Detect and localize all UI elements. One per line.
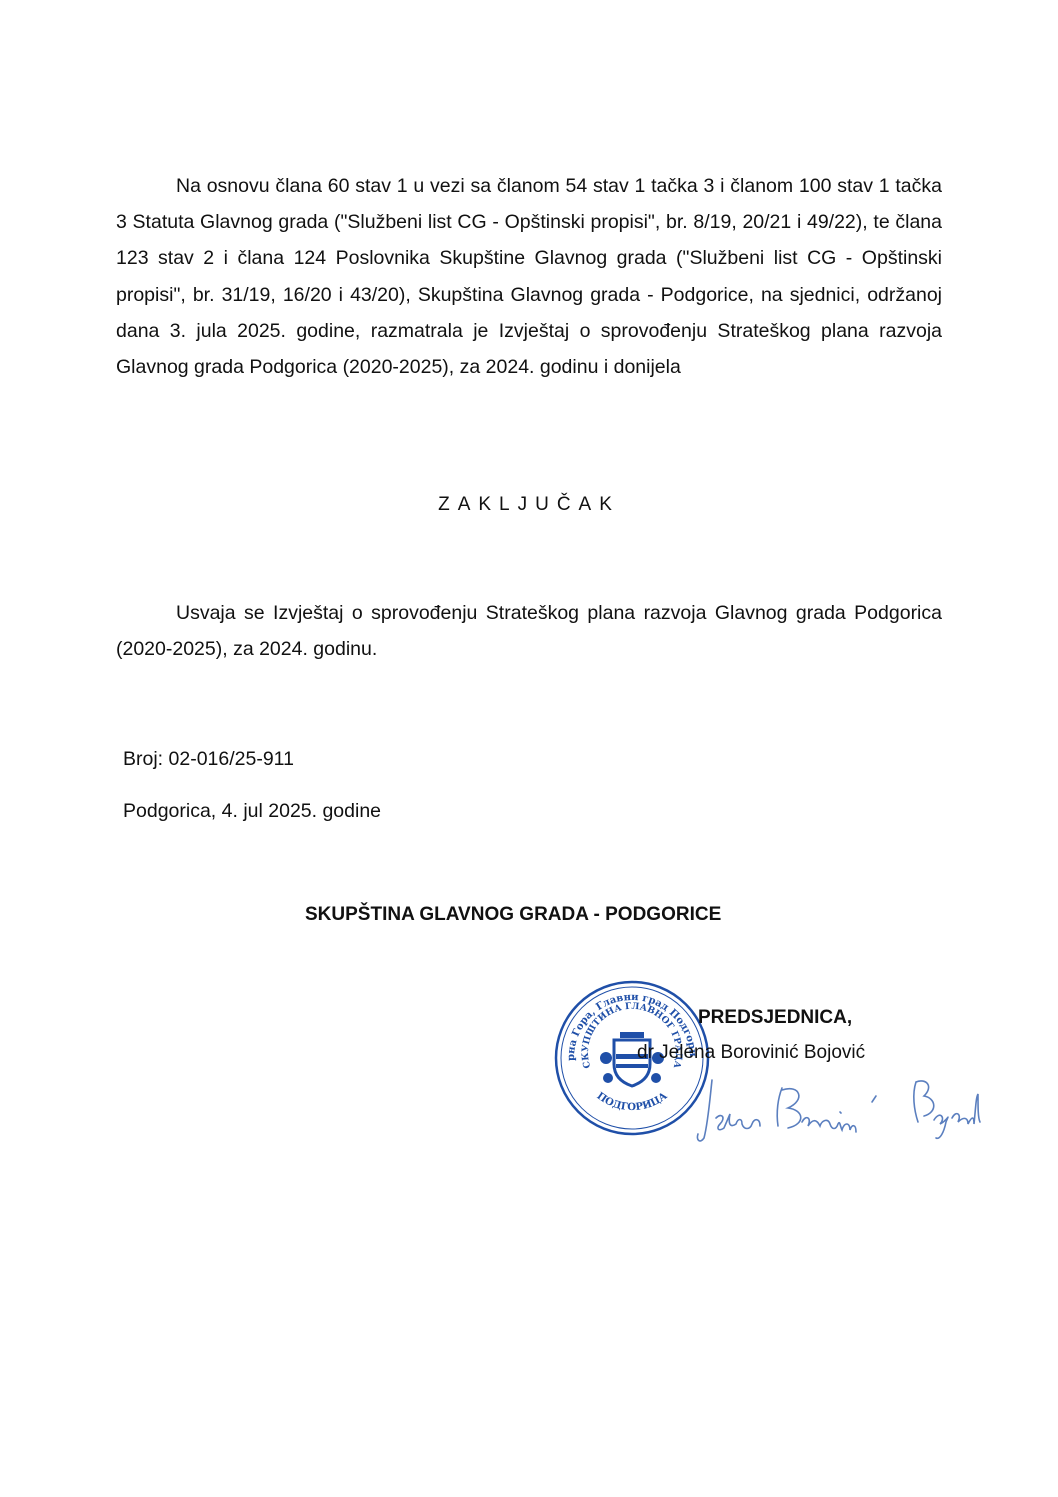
signatory-name: dr Jelena Borovinić Bojović <box>637 1042 865 1064</box>
organization-name: SKUPŠTINA GLAVNOG GRADA - PODGORICE <box>305 904 721 926</box>
conclusion-paragraph: Usvaja se Izvještaj o sprovođenju Strate… <box>116 595 942 667</box>
document-title: ZAKLJUČAK <box>0 494 1058 516</box>
svg-text:ПОДГОРИЦА: ПОДГОРИЦА <box>594 1090 670 1113</box>
place-and-date: Podgorica, 4. jul 2025. godine <box>123 800 381 823</box>
handwritten-signature-icon <box>690 1068 1000 1148</box>
document-number: Broj: 02-016/25-911 <box>123 748 294 771</box>
preamble-paragraph: Na osnovu člana 60 stav 1 u vezi sa član… <box>116 168 942 385</box>
signatory-role: PREDSJEDNICA, <box>698 1007 852 1029</box>
